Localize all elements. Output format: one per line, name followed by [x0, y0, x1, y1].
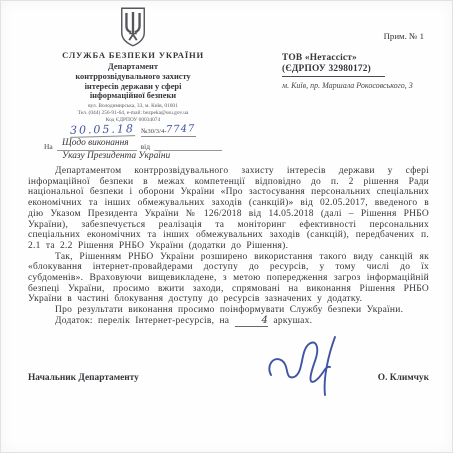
org-address-block: вул. Володимирська, 33, м. Київ, 01601 Т…	[27, 103, 239, 123]
outgoing-number: №30/3/4-7747	[141, 125, 196, 137]
signature-row: Начальник Департаменту О. Климчук	[28, 373, 429, 383]
attachment-text: аркушах.	[273, 316, 312, 326]
address-line: Тел. (044) 256-91-64, e-mail: bezpeka@ss…	[27, 110, 239, 117]
department-name: Департамент контррозвідувального захисту…	[27, 62, 239, 101]
department-line: Департамент	[27, 62, 239, 72]
date-and-ref-row: 30.05.18 №30/3/4-7747	[27, 124, 239, 137]
recipient-address: м. Київ, пр. Маршала Рокосовського, 3	[282, 81, 452, 91]
ukraine-trident-emblem-icon	[118, 6, 148, 48]
address-line: вул. Володимирська, 33, м. Київ, 01601	[27, 103, 239, 110]
body-paragraph: Про результати виконання просимо поінфор…	[28, 305, 429, 316]
reply-na-label: На	[44, 142, 53, 151]
department-line: інтересів держави у сфері	[27, 82, 239, 92]
department-line: інформаційної безпеки	[27, 91, 239, 101]
recipient-edrpou-code: (ЄДРПОУ 32980172)	[282, 64, 385, 76]
department-line: контррозвідувального захисту	[27, 72, 239, 82]
body-paragraph: Департаментом контррозвідувального захис…	[28, 166, 429, 252]
attachment-text: Додаток: перелік Інтернет-ресурсів, на	[55, 316, 229, 326]
scanned-letter-page: СЛУЖБА БЕЗПЕКИ УКРАЇНИ Департамент контр…	[0, 0, 453, 453]
handwritten-date: 30.05.18	[70, 123, 135, 138]
recipient-name: ТОВ «Нетассіст»	[282, 53, 452, 64]
letterhead: СЛУЖБА БЕЗПЕКИ УКРАЇНИ Департамент контр…	[27, 6, 239, 151]
signer-position: Начальник Департаменту	[28, 373, 139, 383]
signer-name: О. Климчук	[378, 373, 429, 383]
recipient-block: ТОВ «Нетассіст» (ЄДРПОУ 32980172) м. Киї…	[282, 53, 452, 90]
org-name: СЛУЖБА БЕЗПЕКИ УКРАЇНИ	[27, 50, 239, 60]
handwritten-pages-count: 4	[235, 316, 269, 327]
subject-line: Указу Президента України	[62, 150, 170, 163]
handwritten-ref-number: 7747	[166, 125, 196, 136]
subject-block: Щодо виконання Указу Президента України	[62, 137, 170, 162]
ref-prefix: №30/3/4-	[141, 128, 166, 135]
body-paragraph: Так, Рішенням РНБО України розширено вик…	[28, 252, 429, 306]
copy-number-note: Прим. № 1	[384, 31, 424, 41]
handwritten-signature-icon	[263, 335, 355, 399]
attachment-line: Додаток: перелік Інтернет-ресурсів, на 4…	[28, 316, 429, 327]
subject-line: Щодо виконання	[62, 137, 170, 150]
letter-body: Департаментом контррозвідувального захис…	[28, 166, 429, 327]
